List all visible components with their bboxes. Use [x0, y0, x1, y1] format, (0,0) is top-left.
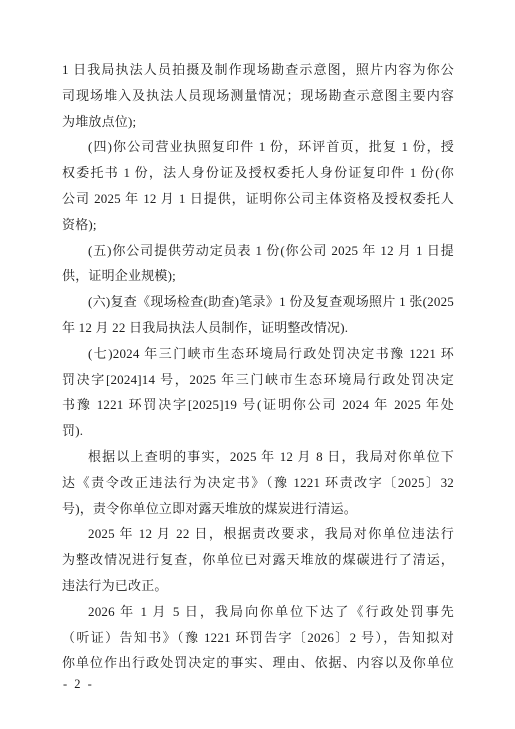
- text-line: 达《责令改正违法行为决定书》（豫 1221 环责改字〔2025〕32: [62, 470, 454, 496]
- text-line: (四)你公司营业执照复印件 1 份，环评首页，批复 1 份，授: [62, 134, 454, 160]
- paragraph: 2026 年 1 月 5 日，我局向你单位下达了《行政处罚事先（听证）告知书》（…: [62, 599, 454, 676]
- text-line: 司现场堆入及执法人员现场测量情况；现场勘查示意图主要内容: [62, 83, 454, 109]
- text-line: 为堆放点位);: [62, 109, 454, 135]
- document-page: 1 日我局执法人员拍摄及制作现场勘查示意图，照片内容为你公司现场堆入及执法人员现…: [0, 0, 515, 729]
- text-line: 罚决字[2024]14 号，2025 年三门峡市生态环境局行政处罚决定: [62, 367, 454, 393]
- text-line: 1 日我局执法人员拍摄及制作现场勘查示意图，照片内容为你公: [62, 57, 454, 83]
- text-line: 你单位作出行政处罚决定的事实、理由、依据、内容以及你单位: [62, 650, 454, 676]
- text-line: 2026 年 1 月 5 日，我局向你单位下达了《行政处罚事先: [62, 599, 454, 625]
- page-number: - 2 -: [63, 677, 94, 692]
- text-line: (六)复查《现场检查(助查)笔录》1 份及复查观场照片 1 张(2025: [62, 289, 454, 315]
- text-line: 公司 2025 年 12 月 1 日提供，证明你公司主体资格及授权委托人: [62, 186, 454, 212]
- paragraph: (七)2024 年三门峡市生态环境局行政处罚决定书豫 1221 环罚决字[202…: [62, 341, 454, 444]
- text-line: 根据以上查明的事实，2025 年 12 月 8 日，我局对你单位下: [62, 444, 454, 470]
- text-line: (五)你公司提供劳动定员表 1 份(你公司 2025 年 12 月 1 日提: [62, 238, 454, 264]
- text-line: 资格);: [62, 212, 454, 238]
- paragraph: (五)你公司提供劳动定员表 1 份(你公司 2025 年 12 月 1 日提供，…: [62, 238, 454, 290]
- text-line: （听证）告知书》（豫 1221 环罚告字〔2026〕2 号），告知拟对: [62, 625, 454, 651]
- text-line: 权委托书 1 份，法人身份证及授权委托人身份证复印件 1 份(你: [62, 160, 454, 186]
- paragraph: 1 日我局执法人员拍摄及制作现场勘查示意图，照片内容为你公司现场堆入及执法人员现…: [62, 57, 454, 134]
- paragraph: 2025 年 12 月 22 日，根据责改要求，我局对你单位违法行为整改情况进行…: [62, 521, 454, 598]
- paragraph: (四)你公司营业执照复印件 1 份，环评首页，批复 1 份，授权委托书 1 份，…: [62, 134, 454, 237]
- text-line: 2025 年 12 月 22 日，根据责改要求，我局对你单位违法行: [62, 521, 454, 547]
- paragraph: 根据以上查明的事实，2025 年 12 月 8 日，我局对你单位下达《责令改正违…: [62, 444, 454, 521]
- document-body: 1 日我局执法人员拍摄及制作现场勘查示意图，照片内容为你公司现场堆入及执法人员现…: [62, 57, 454, 676]
- text-line: 为整改情况进行复查，你单位已对露天堆放的煤碳进行了清运，: [62, 547, 454, 573]
- text-line: 年 12 月 22 日我局执法人员制作，证明整改情况).: [62, 315, 454, 341]
- text-line: 号)，责令你单位立即对露天堆放的煤炭进行清运。: [62, 496, 454, 522]
- text-line: 供，证明企业规模);: [62, 263, 454, 289]
- paragraph: (六)复查《现场检查(助查)笔录》1 份及复查观场照片 1 张(2025年 12…: [62, 289, 454, 341]
- text-line: (七)2024 年三门峡市生态环境局行政处罚决定书豫 1221 环: [62, 341, 454, 367]
- text-line: 违法行为已改正。: [62, 573, 454, 599]
- text-line: 书豫 1221 环罚决字[2025]19 号(证明你公司 2024 年 2025…: [62, 392, 454, 418]
- text-line: 罚).: [62, 418, 454, 444]
